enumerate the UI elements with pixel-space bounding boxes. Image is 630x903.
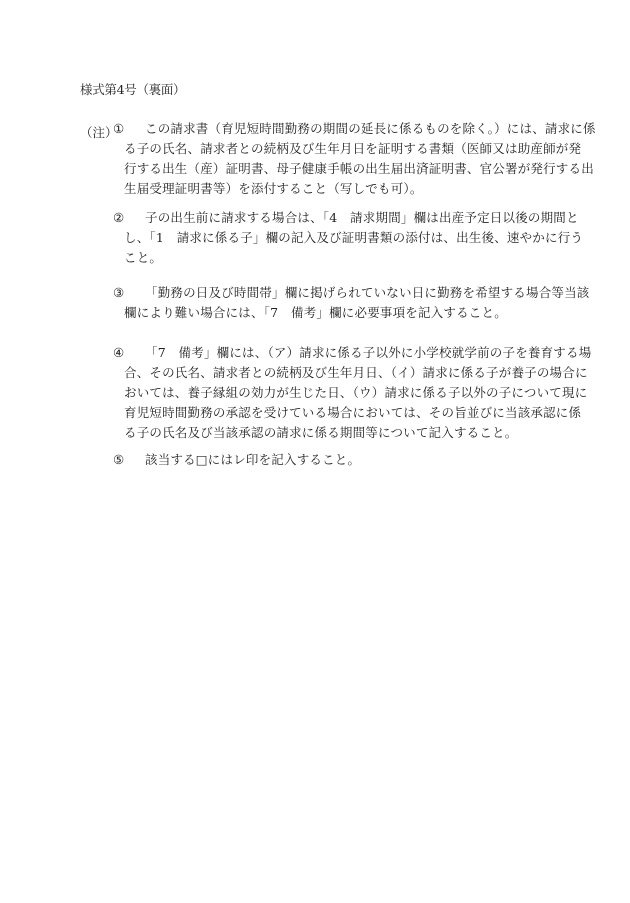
item-line: おいては、養子縁組の効力が生じた日、（ウ）請求に係る子以外の子について現に [124, 383, 549, 403]
item-line: し、「1 請求に係る子」欄の記入及び証明書類の添付は、出生後、速やかに行う [124, 228, 549, 248]
item-line: る子の氏名、請求者との続柄及び生年月日を証明する書類（医師又は助産師が発 [124, 139, 549, 159]
item-line: 欄により難い場合には、「7 備考」欄に必要事項を記入すること。 [124, 303, 549, 323]
item-number: ② [113, 208, 124, 228]
item-line: こと。 [124, 248, 549, 268]
item-line: 生届受理証明書等）を添付すること（写しでも可）。 [124, 179, 549, 199]
item-number: ④ [113, 343, 124, 363]
item-line: 合、その氏名、請求者との続柄及び生年月日、（イ）請求に係る子が養子の場合に [124, 363, 549, 383]
item-line: 子の出生前に請求する場合は、「4 請求期間」欄は出産予定日以後の期間と [124, 208, 549, 228]
item-number: ⑤ [113, 450, 124, 470]
item-line: 該当する□にはレ印を記入すること。 [124, 450, 549, 470]
item-number: ① [113, 119, 124, 139]
item-line: 「7 備考」欄には、（ア）請求に係る子以外に小学校就学前の子を養育する場 [124, 343, 549, 363]
item-line: 行する出生（産）証明書、母子健康手帳の出生届出済証明書、官公署が発行する出 [124, 159, 549, 179]
item-line: る子の氏名及び当該承認の請求に係る期間等について記入すること。 [124, 423, 549, 443]
item-number: ③ [113, 283, 124, 303]
form-title: 様式第4号（裏面） [80, 80, 185, 98]
item-line: この請求書（育児短時間勤務の期間の延長に係るものを除く。）には、請求に係 [124, 119, 549, 139]
note-label: （注） [80, 123, 118, 141]
item-line: 「勤務の日及び時間帯」欄に掲げられていない日に勤務を希望する場合等当該 [124, 283, 549, 303]
item-line: 育児短時間勤務の承認を受けている場合においては、その旨並びに当該承認に係 [124, 403, 549, 423]
